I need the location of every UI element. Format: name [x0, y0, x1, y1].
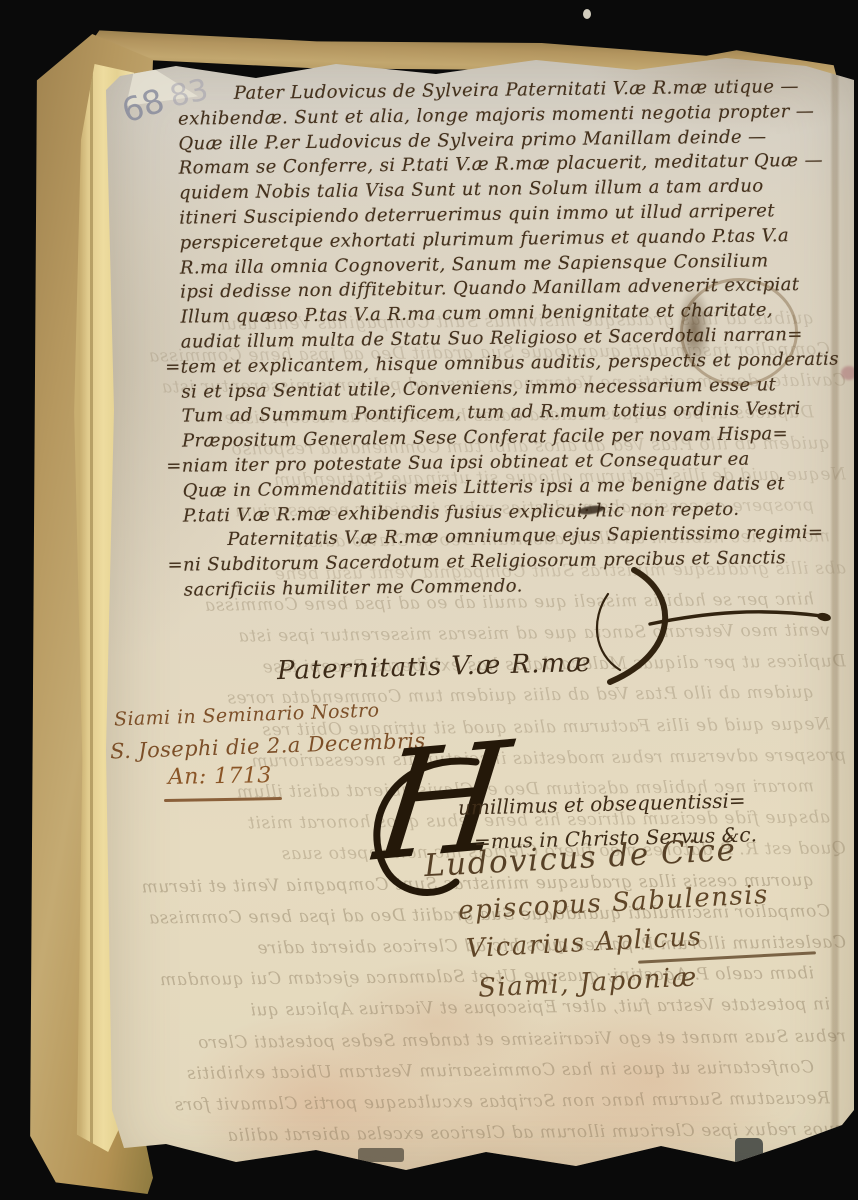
edge-fragment [841, 1130, 858, 1172]
letter-line: perspiceretque exhortati plurimum fuerim… [179, 225, 789, 253]
red-stain [841, 366, 857, 380]
letter-line: R.ma illa omnia Cognoverit, Sanum me Sap… [180, 250, 769, 278]
letter-line: itineri Suscipiendo deterruerimus quin i… [179, 200, 775, 228]
letter-line: Pater Ludovicus de Sylveira Paternitati … [234, 76, 799, 104]
manuscript-scan: quibus ad illas gratasque misivimus Sunt… [0, 0, 858, 1200]
dust-speck [583, 9, 591, 19]
letter-line: =ni Subditorum Sacerdotum et Religiosoru… [167, 547, 786, 576]
letter-line: ipsi dedisse non diffitebitur. Quando Ma… [180, 274, 800, 303]
letter-line: si et ipsa Sentiat utile, Conveniens, im… [181, 374, 776, 402]
letter-line: Romam se Conferre, si P.tati V.æ R.mæ pl… [179, 150, 823, 179]
letter-line: Illum quæso P.tas V.a R.ma cum omni beni… [180, 300, 773, 328]
letter-line: Quæ ille P.er Ludovicus de Sylveira prim… [178, 126, 766, 154]
edge-fragment [735, 1138, 763, 1174]
letter-line: Præpositum Generalem Sese Conferat facil… [182, 423, 788, 451]
letter-line: sacrificiis humiliter me Commendo. [184, 575, 523, 600]
letter-line: Paternitatis V.æ R.mæ omniumque ejus Sap… [227, 522, 823, 550]
dateline-year: An: 1713 [168, 763, 272, 790]
letter-body: Pater Ludovicus de Sylveira Paternitati … [105, 41, 858, 1180]
manuscript-page: quibus ad illas gratasque misivimus Sunt… [106, 50, 854, 1180]
letter-line: =tem et explicantem, hisque omnibus audi… [165, 348, 839, 377]
letter-line: Quæ in Commendatitiis meis Litteris ipsi… [183, 473, 786, 501]
letter-line: =niam iter pro potestate Sua ipsi obtine… [166, 449, 750, 477]
letter-line: audiat illum multa de Statu Suo Religios… [181, 324, 803, 353]
letter-line: Tum ad Summum Pontificem, tum ad R.mum t… [182, 398, 801, 427]
letter-line: exhibendæ. Sunt et alia, longe majoris m… [178, 101, 814, 130]
letter-line: P.tati V.æ R.mæ exhibendis fusius explic… [183, 498, 740, 526]
edge-fragment [358, 1148, 404, 1162]
letter-line: quidem Nobis talia Visa Sunt ut non Solu… [179, 176, 764, 204]
